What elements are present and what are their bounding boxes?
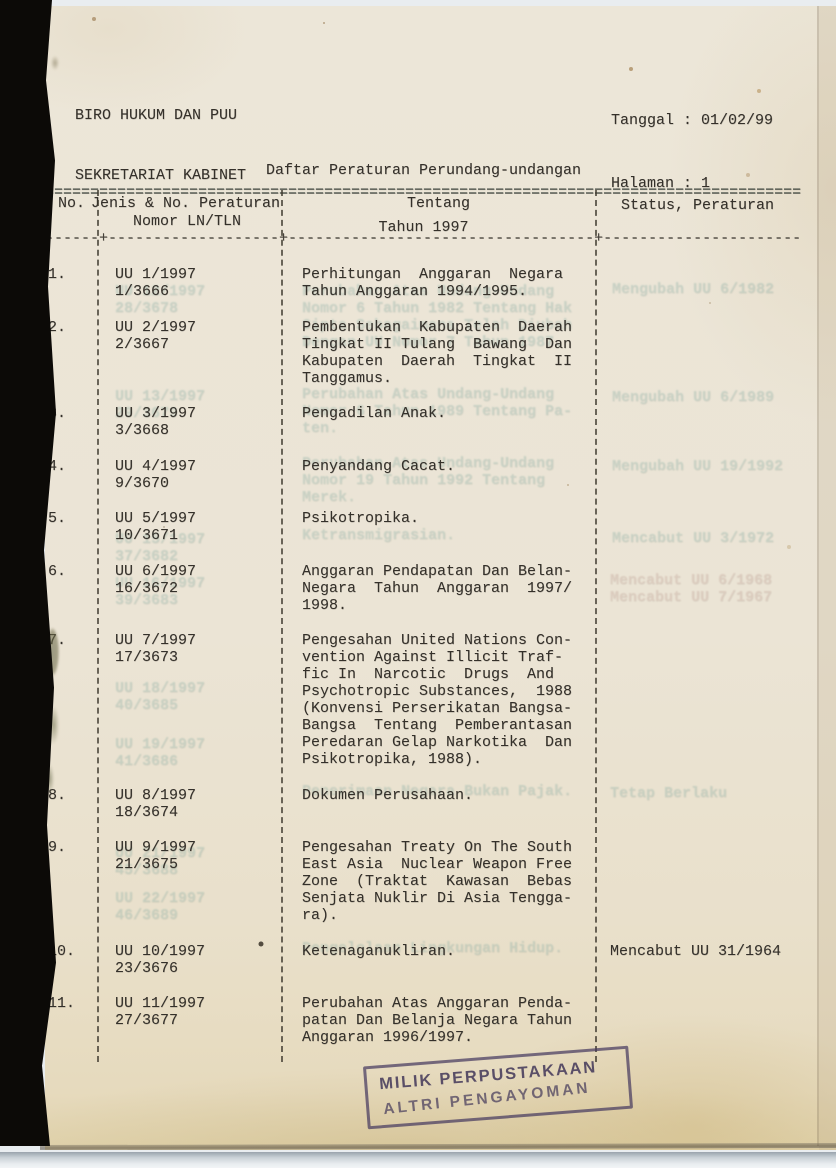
scanned-document: BIRO HUKUM DAN PUU SEKRETARIAT KABINET T…: [0, 0, 836, 1168]
table-row: 1.UU 1/19971/3666Perhitungan Anggaran Ne…: [45, 266, 802, 300]
row-jenis-nomor: UU 8/199718/3674: [97, 787, 281, 821]
row-tentang: Ketenaganukliran.: [281, 943, 595, 960]
row-number: 11.: [45, 995, 97, 1012]
column-header-status: Status, Peraturan: [621, 197, 774, 214]
table-body: 1.UU 1/19971/3666Perhitungan Anggaran Ne…: [45, 266, 802, 1065]
column-header-jenis: Jenis & No. Peraturan: [91, 195, 280, 212]
row-number: 2.: [45, 319, 97, 336]
document-page: BIRO HUKUM DAN PUU SEKRETARIAT KABINET T…: [45, 6, 836, 1150]
table-row: 2.UU 2/19972/3667Pembentukan Kabupaten D…: [45, 319, 802, 387]
row-jenis-nomor: UU 2/19972/3667: [97, 319, 281, 353]
column-header-tentang: Tentang: [407, 195, 470, 212]
row-jenis-nomor: UU 11/199727/3677: [97, 995, 281, 1029]
table-row: 11.UU 11/199727/3677Perubahan Atas Angga…: [45, 995, 802, 1046]
row-number: 1.: [45, 266, 97, 283]
row-jenis-nomor: UU 7/199717/3673: [97, 632, 281, 666]
table-row: 5.UU 5/199710/3671Psikotropika.: [45, 510, 802, 544]
table-row: 10.UU 10/199723/3676Ketenaganukliran.Men…: [45, 943, 802, 977]
row-tentang: Perhitungan Anggaran NegaraTahun Anggara…: [281, 266, 595, 300]
table-row: 6.UU 6/199716/3672Anggaran Pendapatan Da…: [45, 563, 802, 614]
row-tentang: Pengadilan Anak.: [281, 405, 595, 422]
stain: [51, 56, 59, 70]
table-row: 4.UU 4/19979/3670Penyandang Cacat.: [45, 458, 802, 492]
row-jenis-nomor: UU 4/19979/3670: [97, 458, 281, 492]
title-line1: Daftar Peraturan Perundang-undangan: [45, 161, 802, 180]
row-jenis-nomor: UU 3/19973/3668: [97, 405, 281, 439]
row-number: 5.: [45, 510, 97, 527]
row-tentang: Dokumen Perusahaan.: [281, 787, 595, 804]
page-edge-shading: [819, 6, 836, 1150]
row-jenis-nomor: UU 9/199721/3675: [97, 839, 281, 873]
table-row: 3.UU 3/19973/3668Pengadilan Anak.: [45, 405, 802, 439]
row-jenis-nomor: UU 1/19971/3666: [97, 266, 281, 300]
column-header-nomor: Nomor LN/TLN: [133, 213, 241, 230]
row-tentang: Pengesahan Treaty On The SouthEast Asia …: [281, 839, 595, 924]
row-jenis-nomor: UU 5/199710/3671: [97, 510, 281, 544]
table-row: 9.UU 9/199721/3675Pengesahan Treaty On T…: [45, 839, 802, 924]
row-jenis-nomor: UU 10/199723/3676: [97, 943, 281, 977]
row-number: 6.: [45, 563, 97, 580]
table-header-rule: ------+-------------------+-------------…: [45, 230, 801, 247]
row-tentang: Psikotropika.: [281, 510, 595, 527]
row-tentang: Anggaran Pendapatan Dan Belan-Negara Tah…: [281, 563, 595, 614]
row-jenis-nomor: UU 6/199716/3672: [97, 563, 281, 597]
table-row: 8.UU 8/199718/3674Dokumen Perusahaan.: [45, 787, 802, 821]
row-tentang: Perubahan Atas Anggaran Penda-patan Dan …: [281, 995, 595, 1046]
row-tentang: Pengesahan United Nations Con-vention Ag…: [281, 632, 595, 768]
row-tentang: Pembentukan Kabupaten DaerahTingkat II T…: [281, 319, 595, 387]
row-tentang: Penyandang Cacat.: [281, 458, 595, 475]
row-number: 9.: [45, 839, 97, 856]
scanner-bed-strip: [0, 1152, 836, 1168]
table-row: 7.UU 7/199717/3673Pengesahan United Nati…: [45, 632, 802, 768]
row-number: 4.: [45, 458, 97, 475]
column-header-no: No.: [58, 195, 85, 212]
row-status: Mencabut UU 31/1964: [595, 943, 802, 960]
